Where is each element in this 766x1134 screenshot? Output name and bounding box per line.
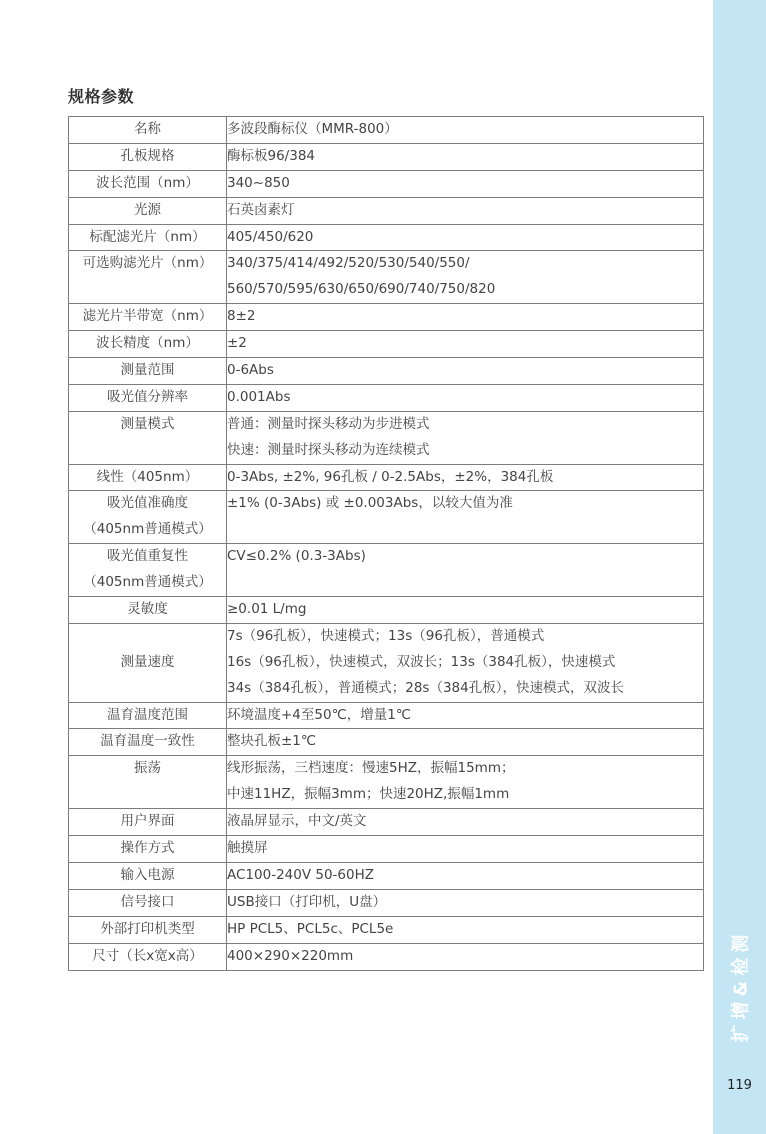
- spec-key-cell: 孔板规格: [69, 143, 227, 170]
- spec-value-text: 34s（384孔板），普通模式；28s（384孔板），快速模式，双波长: [227, 676, 703, 702]
- spec-key-cell: 测量范围: [69, 358, 227, 385]
- spec-key-text: 输入电源: [69, 863, 226, 889]
- spec-key-cell: 测量模式: [69, 411, 227, 464]
- table-row: 测量模式普通：测量时探头移动为步进模式快速：测量时探头移动为连续模式: [69, 411, 704, 464]
- spec-value-cell: 0-3Abs, ±2%, 96孔板 / 0-2.5Abs，±2%，384孔板: [227, 464, 704, 491]
- spec-key-text: 标配滤光片（nm）: [69, 225, 226, 251]
- spec-key-text: 波长精度（nm）: [69, 331, 226, 357]
- spec-value-cell: 环境温度+4至50℃，增量1℃: [227, 702, 704, 729]
- table-row: 孔板规格酶标板96/384: [69, 143, 704, 170]
- spec-value-cell: ≥0.01 L/mg: [227, 597, 704, 624]
- spec-value-text: 多波段酶标仪（MMR-800）: [227, 117, 703, 143]
- spec-value-text: 340~850: [227, 171, 703, 197]
- table-row: 吸光值分辨率0.001Abs: [69, 384, 704, 411]
- spec-key-text: 线性（405nm）: [69, 465, 226, 491]
- spec-key-cell: 温育温度范围: [69, 702, 227, 729]
- spec-key-cell: 用户界面: [69, 809, 227, 836]
- spec-value-cell: 7s（96孔板），快速模式；13s（96孔板），普通模式16s（96孔板），快速…: [227, 623, 704, 702]
- table-row: 信号接口USB接口（打印机，U盘）: [69, 889, 704, 916]
- spec-key-cell: 线性（405nm）: [69, 464, 227, 491]
- spec-value-cell: 酶标板96/384: [227, 143, 704, 170]
- spec-key-text: 测量范围: [69, 358, 226, 384]
- spec-value-text: 普通：测量时探头移动为步进模式: [227, 412, 703, 438]
- spec-key-cell: 可选购滤光片（nm）: [69, 251, 227, 304]
- spec-value-cell: AC100-240V 50-60HZ: [227, 862, 704, 889]
- table-row: 吸光值重复性（405nm普通模式）CV≤0.2% (0.3-3Abs): [69, 544, 704, 597]
- spec-value-cell: 0.001Abs: [227, 384, 704, 411]
- table-row: 滤光片半带宽（nm）8±2: [69, 304, 704, 331]
- spec-value-text: 整块孔板±1℃: [227, 729, 703, 755]
- spec-value-cell: 多波段酶标仪（MMR-800）: [227, 117, 704, 144]
- spec-value-cell: 石英卤素灯: [227, 197, 704, 224]
- spec-key-cell: 振荡: [69, 756, 227, 809]
- spec-value-cell: 0-6Abs: [227, 358, 704, 385]
- spec-value-text: ≥0.01 L/mg: [227, 597, 703, 623]
- table-row: 测量速度7s（96孔板），快速模式；13s（96孔板），普通模式16s（96孔板…: [69, 623, 704, 702]
- spec-value-text: 400×290×220mm: [227, 944, 703, 970]
- spec-key-cell: 测量速度: [69, 623, 227, 702]
- table-row: 尺寸（长x宽x高）400×290×220mm: [69, 943, 704, 970]
- spec-key-text: 温育温度范围: [69, 703, 226, 729]
- spec-key-cell: 信号接口: [69, 889, 227, 916]
- table-row: 标配滤光片（nm）405/450/620: [69, 224, 704, 251]
- spec-value-text: ±1% (0-3Abs) 或 ±0.003Abs，以较大值为准: [227, 491, 703, 517]
- spec-key-text: 灵敏度: [69, 597, 226, 623]
- table-row: 外部打印机类型HP PCL5、PCL5c、PCL5e: [69, 916, 704, 943]
- spec-value-cell: 线形振荡，三档速度：慢速5HZ，振幅15mm；中速11HZ，振幅3mm；快速20…: [227, 756, 704, 809]
- table-row: 波长精度（nm）±2: [69, 331, 704, 358]
- spec-value-cell: 405/450/620: [227, 224, 704, 251]
- spec-key-cell: 波长范围（nm）: [69, 170, 227, 197]
- spec-table-body: 名称多波段酶标仪（MMR-800）孔板规格酶标板96/384波长范围（nm）34…: [69, 117, 704, 971]
- spec-table: 名称多波段酶标仪（MMR-800）孔板规格酶标板96/384波长范围（nm）34…: [68, 116, 704, 971]
- spec-value-text: 8±2: [227, 304, 703, 330]
- spec-value-text: 0-6Abs: [227, 358, 703, 384]
- spec-key-text: 操作方式: [69, 836, 226, 862]
- spec-key-text: 光源: [69, 198, 226, 224]
- spec-key-text: 测量模式: [69, 412, 226, 438]
- spec-value-cell: HP PCL5、PCL5c、PCL5e: [227, 916, 704, 943]
- spec-key-text: 可选购滤光片（nm）: [69, 251, 226, 277]
- spec-key-text: 用户界面: [69, 809, 226, 835]
- spec-value-text: 0.001Abs: [227, 385, 703, 411]
- spec-value-text: HP PCL5、PCL5c、PCL5e: [227, 917, 703, 943]
- spec-value-cell: 400×290×220mm: [227, 943, 704, 970]
- spec-key-cell: 外部打印机类型: [69, 916, 227, 943]
- spec-key-text: （405nm普通模式）: [69, 570, 226, 596]
- spec-key-text: （405nm普通模式）: [69, 517, 226, 543]
- spec-key-cell: 操作方式: [69, 836, 227, 863]
- spec-key-cell: 标配滤光片（nm）: [69, 224, 227, 251]
- spec-key-cell: 灵敏度: [69, 597, 227, 624]
- side-tab-label-text: 扩增&检测: [727, 930, 753, 1043]
- table-row: 灵敏度≥0.01 L/mg: [69, 597, 704, 624]
- spec-value-text: 快速：测量时探头移动为连续模式: [227, 438, 703, 464]
- spec-key-cell: 输入电源: [69, 862, 227, 889]
- spec-key-text: 滤光片半带宽（nm）: [69, 304, 226, 330]
- spec-key-cell: 尺寸（长x宽x高）: [69, 943, 227, 970]
- spec-value-text: 环境温度+4至50℃，增量1℃: [227, 703, 703, 729]
- spec-value-cell: CV≤0.2% (0.3-3Abs): [227, 544, 704, 597]
- spec-value-text: 石英卤素灯: [227, 198, 703, 224]
- section-title: 规格参数: [68, 84, 134, 107]
- table-row: 波长范围（nm）340~850: [69, 170, 704, 197]
- spec-value-text: 16s（96孔板），快速模式，双波长；13s（384孔板），快速模式: [227, 650, 703, 676]
- spec-key-cell: 波长精度（nm）: [69, 331, 227, 358]
- table-row: 线性（405nm）0-3Abs, ±2%, 96孔板 / 0-2.5Abs，±2…: [69, 464, 704, 491]
- spec-value-text: 触摸屏: [227, 836, 703, 862]
- spec-value-cell: 340~850: [227, 170, 704, 197]
- spec-value-text: ±2: [227, 331, 703, 357]
- spec-key-text: 测量速度: [69, 650, 226, 676]
- spec-key-cell: 光源: [69, 197, 227, 224]
- spec-value-cell: ±1% (0-3Abs) 或 ±0.003Abs，以较大值为准: [227, 491, 704, 544]
- spec-key-cell: 温育温度一致性: [69, 729, 227, 756]
- spec-value-cell: USB接口（打印机，U盘）: [227, 889, 704, 916]
- spec-value-cell: 340/375/414/492/520/530/540/550/560/570/…: [227, 251, 704, 304]
- table-row: 用户界面液晶屏显示，中文/英文: [69, 809, 704, 836]
- table-row: 温育温度一致性整块孔板±1℃: [69, 729, 704, 756]
- spec-value-cell: 液晶屏显示，中文/英文: [227, 809, 704, 836]
- spec-key-text: 吸光值分辨率: [69, 385, 226, 411]
- spec-key-cell: 滤光片半带宽（nm）: [69, 304, 227, 331]
- spec-value-cell: ±2: [227, 331, 704, 358]
- spec-value-text: 中速11HZ，振幅3mm；快速20HZ,振幅1mm: [227, 782, 703, 808]
- spec-value-text: 液晶屏显示，中文/英文: [227, 809, 703, 835]
- spec-key-cell: 吸光值分辨率: [69, 384, 227, 411]
- spec-value-text: AC100-240V 50-60HZ: [227, 863, 703, 889]
- table-row: 振荡线形振荡，三档速度：慢速5HZ，振幅15mm；中速11HZ，振幅3mm；快速…: [69, 756, 704, 809]
- spec-key-text: 温育温度一致性: [69, 729, 226, 755]
- side-tab-label: 扩增&检测: [713, 916, 766, 1056]
- spec-value-text: 酶标板96/384: [227, 144, 703, 170]
- spec-key-text: 外部打印机类型: [69, 917, 226, 943]
- table-row: 输入电源AC100-240V 50-60HZ: [69, 862, 704, 889]
- spec-key-text: 名称: [69, 117, 226, 143]
- table-row: 测量范围0-6Abs: [69, 358, 704, 385]
- spec-key-text: 波长范围（nm）: [69, 171, 226, 197]
- spec-value-text: USB接口（打印机，U盘）: [227, 890, 703, 916]
- spec-value-cell: 普通：测量时探头移动为步进模式快速：测量时探头移动为连续模式: [227, 411, 704, 464]
- table-row: 吸光值准确度（405nm普通模式）±1% (0-3Abs) 或 ±0.003Ab…: [69, 491, 704, 544]
- spec-value-cell: 8±2: [227, 304, 704, 331]
- spec-key-cell: 吸光值重复性（405nm普通模式）: [69, 544, 227, 597]
- spec-value-text: 0-3Abs, ±2%, 96孔板 / 0-2.5Abs，±2%，384孔板: [227, 465, 703, 491]
- spec-key-text: 信号接口: [69, 890, 226, 916]
- spec-key-text: 孔板规格: [69, 144, 226, 170]
- spec-value-text: 7s（96孔板），快速模式；13s（96孔板），普通模式: [227, 624, 703, 650]
- table-row: 名称多波段酶标仪（MMR-800）: [69, 117, 704, 144]
- spec-key-cell: 名称: [69, 117, 227, 144]
- spec-key-cell: 吸光值准确度（405nm普通模式）: [69, 491, 227, 544]
- spec-value-text: CV≤0.2% (0.3-3Abs): [227, 544, 703, 570]
- spec-value-cell: 触摸屏: [227, 836, 704, 863]
- table-row: 操作方式触摸屏: [69, 836, 704, 863]
- spec-key-text: 尺寸（长x宽x高）: [69, 944, 226, 970]
- table-row: 温育温度范围环境温度+4至50℃，增量1℃: [69, 702, 704, 729]
- page-number: 119: [713, 1078, 766, 1093]
- spec-value-cell: 整块孔板±1℃: [227, 729, 704, 756]
- spec-value-text: 线形振荡，三档速度：慢速5HZ，振幅15mm；: [227, 756, 703, 782]
- spec-value-text: 405/450/620: [227, 225, 703, 251]
- spec-key-text: 振荡: [69, 756, 226, 782]
- spec-key-text: 吸光值准确度: [69, 491, 226, 517]
- spec-value-text: 340/375/414/492/520/530/540/550/: [227, 251, 703, 277]
- spec-key-text: 吸光值重复性: [69, 544, 226, 570]
- table-row: 光源石英卤素灯: [69, 197, 704, 224]
- spec-value-text: 560/570/595/630/650/690/740/750/820: [227, 277, 703, 303]
- table-row: 可选购滤光片（nm）340/375/414/492/520/530/540/55…: [69, 251, 704, 304]
